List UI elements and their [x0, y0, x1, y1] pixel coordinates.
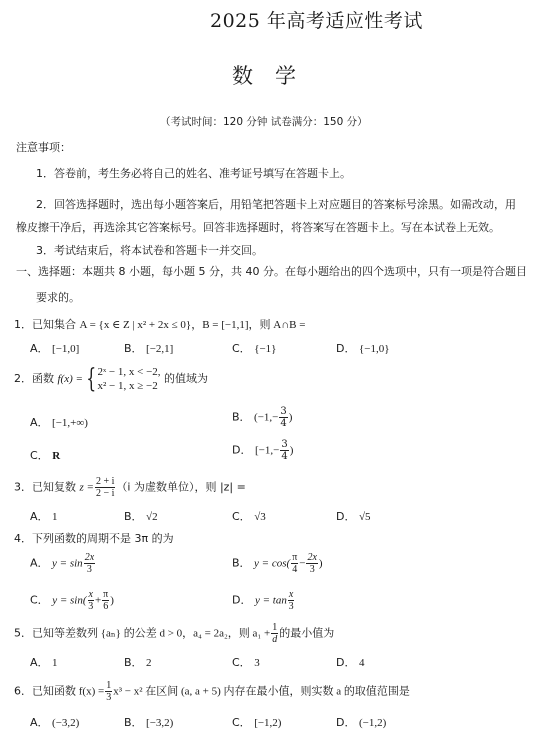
- note-item-2-cont: 橡皮擦干净后，再选涂其它答案标号。回答非选择题时，将答案写在答题卡上。写在本试卷…: [16, 219, 500, 235]
- question-3: 3．已知复数 z =2 + i2 − i（i 为虚数单位），则 |z| =: [14, 476, 246, 499]
- q4-option-a[interactable]: A． y = sin2x3: [30, 552, 96, 575]
- note-item-1: 1．答卷前，考生务必将自己的姓名、准考证号填写在答题卡上。: [36, 165, 351, 181]
- question-4: 4．下列函数的周期不是 3π 的为: [14, 530, 174, 546]
- q5-option-b[interactable]: B． 2: [124, 654, 152, 670]
- question-5: 5．已知等差数列 {aₙ} 的公差 d > 0，a₄ = 2a₂，则 a₁ +1…: [14, 622, 334, 645]
- q2-option-c[interactable]: C． R: [30, 447, 60, 463]
- q1-option-a[interactable]: A． [−1,0]: [30, 340, 79, 356]
- question-1: 1．已知集合 A = {x ∈ Z | x² + 2x ≤ 0}，B = [−1…: [14, 316, 305, 332]
- q3-option-c[interactable]: C． √3: [232, 508, 266, 524]
- subject-title: 数学: [232, 60, 318, 90]
- question-2: 2．函数 f(x) = { 2ˣ − 1, x < −2, x² − 1, x …: [14, 365, 208, 393]
- q3-option-a[interactable]: A． 1: [30, 508, 58, 524]
- q2-option-a[interactable]: A． [−1,+∞): [30, 414, 88, 430]
- q5-option-c[interactable]: C． 3: [232, 654, 260, 670]
- note-item-3: 3．考试结束后，将本试卷和答题卡一并交回。: [36, 242, 263, 258]
- exam-info: （考试时间：120 分钟 试卷满分：150 分）: [160, 114, 368, 129]
- q2-option-d[interactable]: D． [−1,−34): [232, 439, 293, 462]
- q6-option-a[interactable]: A． (−3,2): [30, 714, 79, 730]
- q4-option-d[interactable]: D． y = tanx3: [232, 589, 295, 612]
- q6-option-c[interactable]: C． [−1,2): [232, 714, 281, 730]
- question-6: 6．已知函数 f(x) =13x³ − x² 在区间 (a, a + 5) 内存…: [14, 680, 410, 703]
- q3-option-d[interactable]: D． √5: [336, 508, 371, 524]
- exam-title: 2025 年高考适应性考试: [210, 6, 423, 33]
- q1-option-b[interactable]: B． [−2,1]: [124, 340, 173, 356]
- notes-heading: 注意事项：: [16, 139, 71, 155]
- q2-option-b[interactable]: B． (−1,−34): [232, 406, 292, 429]
- q6-option-b[interactable]: B． [−3,2): [124, 714, 173, 730]
- q4-option-c[interactable]: C． y = sin(x3+π6): [30, 589, 114, 612]
- q4-option-b[interactable]: B． y = cos(π4−2x3): [232, 552, 323, 575]
- q5-option-a[interactable]: A． 1: [30, 654, 58, 670]
- q6-option-d[interactable]: D． (−1,2): [336, 714, 386, 730]
- section-heading-cont: 要求的。: [36, 289, 80, 305]
- q1-option-c[interactable]: C． {−1}: [232, 340, 276, 356]
- note-item-2: 2．回答选择题时，选出每小题答案后，用铅笔把答题卡上对应题目的答案标号涂黑。如需…: [36, 196, 516, 212]
- q3-option-b[interactable]: B． √2: [124, 508, 158, 524]
- q1-option-d[interactable]: D． {−1,0}: [336, 340, 390, 356]
- q5-option-d[interactable]: D． 4: [336, 654, 364, 670]
- brace-icon: {: [86, 366, 96, 392]
- section-heading: 一、选择题：本题共 8 小题，每小题 5 分，共 40 分。在每小题给出的四个选…: [16, 263, 527, 279]
